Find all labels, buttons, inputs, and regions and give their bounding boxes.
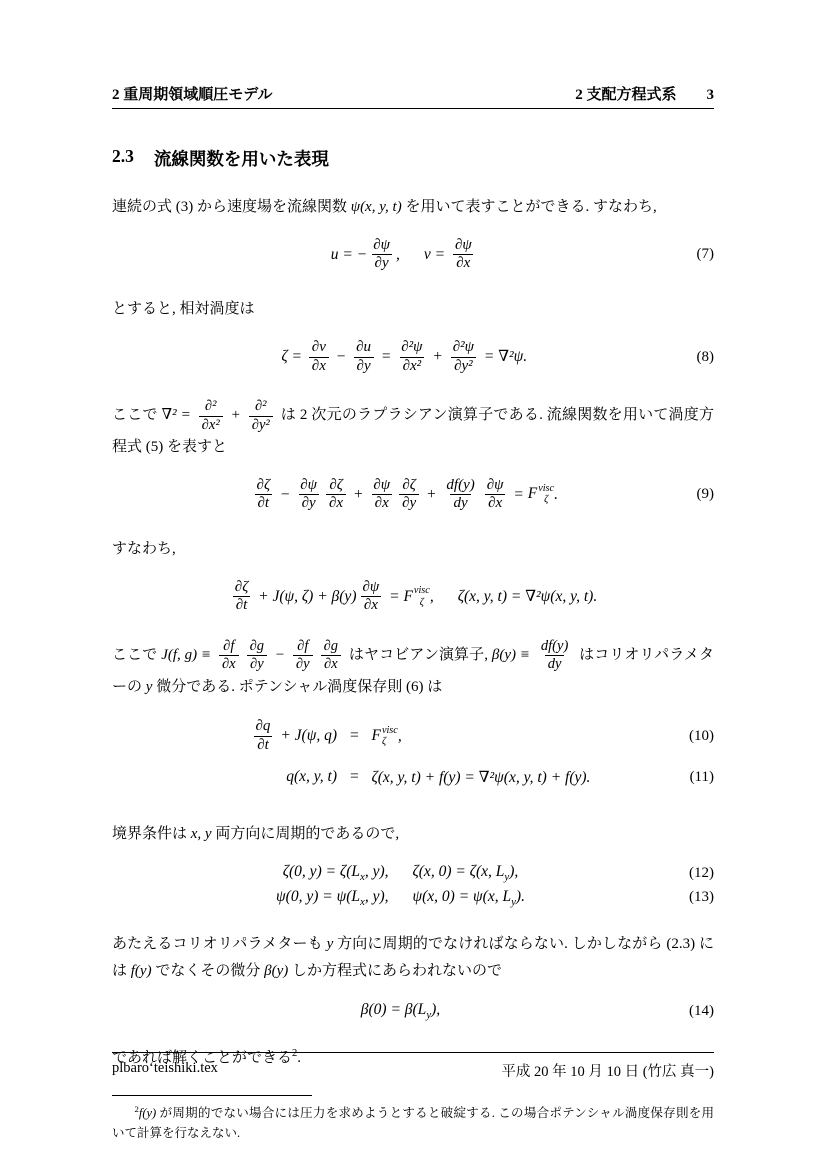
fraction-numerator: ∂ζ (326, 477, 346, 495)
fraction-denominator: dy (545, 655, 565, 673)
math-fraction: ∂²∂x² (199, 398, 223, 433)
math-supsub: Fviscζ (403, 585, 429, 608)
supsub-subscript: ζ (414, 597, 430, 608)
fraction-numerator: ∂ψ (452, 237, 475, 255)
equation-body: u = −∂ψ∂y,v = ∂ψ∂x (112, 237, 697, 273)
fraction-denominator: ∂t (233, 596, 251, 615)
text-run: ここで (112, 647, 161, 663)
math-text: = (385, 588, 403, 605)
supsub-base: F (528, 485, 537, 503)
math-text: , y), (365, 863, 389, 880)
math-text: + (227, 408, 245, 424)
math-text: ), (509, 863, 518, 880)
header-running-title: 2 重周期領域順圧モデル (112, 86, 273, 104)
fraction-numerator: df(y) (538, 638, 571, 655)
math-text: − (276, 485, 294, 502)
equation-7: u = −∂ψ∂y,v = ∂ψ∂x(7) (112, 237, 714, 273)
fraction-denominator: ∂x² (400, 357, 425, 376)
fraction-denominator: ∂y (293, 655, 313, 673)
math-text: + J(ψ, ζ) + β(y) (254, 588, 356, 605)
math-supsub: Fviscζ (371, 725, 397, 748)
fraction-denominator: ∂y² (451, 357, 476, 376)
math-text: , (396, 246, 400, 263)
fraction-numerator: ∂² (252, 398, 270, 415)
math-fraction: ∂f∂y (293, 638, 313, 673)
fraction-denominator: ∂y (372, 254, 392, 273)
math-text: + (349, 485, 367, 502)
equation-number: (9) (697, 486, 715, 503)
footer-rule (112, 1052, 714, 1053)
fraction-denominator: ∂x (326, 494, 346, 513)
math-text: β(0) = β(L (361, 1001, 427, 1018)
math-text: , (398, 727, 402, 744)
math-fraction: ∂²∂y² (249, 398, 273, 433)
math-text: ζ(0, y) = ζ(L (283, 863, 360, 880)
equation-relation: = (337, 727, 359, 745)
equation-number: (14) (689, 1003, 714, 1020)
equation-10-11: ∂q∂t + J(ψ, q)=Fviscζ,(10)q(x, y, t)=ζ(x… (112, 718, 714, 786)
fraction-numerator: ∂g (321, 638, 341, 655)
math-fraction: ∂v∂x (309, 339, 329, 375)
header-rule (112, 108, 714, 109)
math-fraction: ∂ψ∂x (484, 477, 507, 513)
supsub-stack: viscζ (382, 725, 398, 748)
fraction-denominator: dy (450, 494, 470, 513)
text-run: 連続の式 (3) から速度場を流線関数 (112, 199, 351, 215)
math-fraction: ∂²ψ∂y² (450, 339, 477, 375)
math-fraction: ∂ψ∂y (370, 237, 393, 273)
para-boundary-conditions: 境界条件は x, y 両方向に周期的であるので, (112, 821, 714, 849)
fraction-denominator: ∂y (299, 494, 319, 513)
math-fraction: ∂ζ∂t (232, 579, 252, 615)
equation-lhs: ∂q∂t + J(ψ, q) (112, 718, 337, 754)
math-supsub: Fviscζ (528, 483, 554, 506)
supsub-stack: viscζ (538, 483, 554, 506)
math-text: ζ = (281, 348, 305, 365)
fraction-denominator: ∂x (372, 494, 392, 513)
equation-rhs: Fviscζ, (359, 725, 689, 748)
math-fraction: ∂²ψ∂x² (398, 339, 425, 375)
math-fraction: ∂f∂x (219, 638, 239, 673)
math-text: − (332, 348, 350, 365)
fraction-numerator: ∂q (253, 718, 274, 736)
math-text: = ∇²ψ. (480, 348, 527, 365)
para-intro: 連続の式 (3) から速度場を流線関数 ψ(x, y, t) を用いて表すことが… (112, 194, 714, 222)
fraction-denominator: ∂t (255, 494, 273, 513)
math-text: β(y) ≡ (492, 647, 534, 663)
footer-date-author: 平成 20 年 10 月 10 日 (竹広 真一) (501, 1060, 714, 1081)
fraction-numerator: ∂ζ (254, 477, 274, 495)
fraction-numerator: ∂ζ (232, 579, 252, 597)
math-fraction: ∂g∂x (321, 638, 341, 673)
fraction-numerator: ∂ζ (399, 477, 419, 495)
math-text: , y), (365, 888, 389, 905)
page-footer: plbaro‘teishiki.tex 平成 20 年 10 月 10 日 (竹… (112, 1052, 714, 1081)
fraction-denominator: ∂x² (199, 416, 223, 434)
fraction-numerator: ∂f (294, 638, 311, 655)
text-run: あたえるコリオリパラメターも (112, 936, 327, 952)
math-text: ζ(x, 0) = ζ(x, L (413, 863, 505, 880)
fraction-denominator: ∂x (321, 655, 341, 673)
fraction-numerator: ∂ψ (370, 237, 393, 255)
document-content: 連続の式 (3) から速度場を流線関数 ψ(x, y, t) を用いて表すことが… (112, 194, 714, 1073)
math-fraction: ∂q∂t (253, 718, 274, 754)
equation-body: ∂ζ∂t + J(ψ, ζ) + β(y)∂ψ∂x = Fviscζ,ζ(x, … (112, 579, 714, 615)
equation-body: ψ(0, y) = ψ(Lx, y),ψ(x, 0) = ψ(x, Ly). (112, 888, 689, 908)
equation-number: (12) (689, 865, 714, 882)
fraction-numerator: ∂ψ (484, 477, 507, 495)
math-text: ). (516, 888, 525, 905)
equation-body: β(0) = β(Ly), (112, 1001, 689, 1021)
para-coriolis-periodic: あたえるコリオリパラメターも y 方向に周期的でなければならない. しかしながら… (112, 931, 714, 987)
fraction-numerator: ∂² (202, 398, 220, 415)
math-text: + (422, 485, 440, 502)
fraction-denominator: ∂x (361, 596, 381, 615)
text-run: が周期的でない場合には圧力を求めようとすると破綻する. この場合ポテンシャル渦度… (112, 1106, 714, 1140)
supsub-base: F (371, 727, 380, 745)
fraction-denominator: ∂y (354, 357, 374, 376)
math-text: q(x, y, t) (286, 768, 337, 785)
math-text: β(y) (264, 963, 288, 979)
text-run: しか方程式にあらわれないので (288, 963, 502, 979)
supsub-subscript: ζ (382, 736, 398, 747)
supsub-subscript: ζ (538, 494, 554, 505)
math-text: = (510, 485, 528, 502)
fraction-numerator: ∂²ψ (450, 339, 477, 357)
page-header: 2 重周期領域順圧モデル 2 支配方程式系 3 (112, 86, 714, 104)
supsub-superscript: visc (414, 585, 430, 596)
equation-number: (10) (689, 728, 714, 745)
fraction-numerator: ∂v (309, 339, 329, 357)
text-run: すなわち, (112, 541, 176, 557)
supsub-superscript: visc (538, 483, 554, 494)
fraction-numerator: ∂ψ (297, 477, 320, 495)
section-heading: 2.3 流線関数を用いた表現 (112, 146, 714, 171)
math-text: + J(ψ, q) (276, 727, 337, 744)
math-text: u = − (331, 246, 367, 263)
para-jacobian-definition: ここで J(f, g) ≡ ∂f∂x∂g∂y − ∂f∂y∂g∂x はヤコビアン… (112, 638, 714, 701)
fraction-denominator: ∂y² (249, 416, 273, 434)
fraction-numerator: df(y) (443, 477, 477, 495)
equation-9: ∂ζ∂t − ∂ψ∂y∂ζ∂x + ∂ψ∂x∂ζ∂y + df(y)dy∂ψ∂x… (112, 477, 714, 513)
footnote: 2f(y) が周期的でない場合には圧力を求めようとすると破綻する. この場合ポテ… (112, 1102, 714, 1144)
fraction-numerator: ∂²ψ (398, 339, 425, 357)
text-run: 境界条件は (112, 826, 191, 842)
fraction-numerator: ∂f (220, 638, 237, 655)
header-page-number: 3 (707, 86, 715, 104)
math-fraction: ∂ψ∂x (452, 237, 475, 273)
math-text: ψ(x, 0) = ψ(x, L (413, 888, 512, 905)
math-fraction: ∂ζ∂x (326, 477, 346, 513)
math-fraction: ∂ζ∂t (254, 477, 274, 513)
math-text: . (554, 485, 558, 502)
math-text: , (430, 588, 434, 605)
math-fraction: df(y)dy (443, 477, 477, 513)
supsub-stack: viscζ (414, 585, 430, 608)
math-text: ψ(x, y, t) (351, 199, 402, 215)
math-text: ψ(0, y) = ψ(L (276, 888, 360, 905)
section-number: 2.3 (112, 146, 134, 171)
para-laplacian: ここで ∇² = ∂²∂x² + ∂²∂y² は 2 次元のラプラシアン演算子で… (112, 398, 714, 461)
text-run: を用いて表すことができる. すなわち, (402, 199, 657, 215)
equation-vorticity-jacobian: ∂ζ∂t + J(ψ, ζ) + β(y)∂ψ∂x = Fviscζ,ζ(x, … (112, 579, 714, 615)
equation-number: (7) (697, 246, 715, 263)
supsub-base: F (403, 588, 412, 606)
fraction-numerator: ∂g (247, 638, 267, 655)
fraction-denominator: ∂y (247, 655, 267, 673)
fraction-numerator: ∂ψ (359, 579, 382, 597)
equation-body: ζ = ∂v∂x − ∂u∂y = ∂²ψ∂x² + ∂²ψ∂y² = ∇²ψ. (112, 339, 697, 375)
math-text: − (271, 647, 289, 663)
section-title: 流線関数を用いた表現 (154, 146, 329, 171)
math-fraction: df(y)dy (538, 638, 571, 673)
supsub-superscript: visc (382, 725, 398, 736)
text-run: ここで (112, 408, 162, 424)
math-text: ζ(x, y, t) + f(y) = ∇²ψ(x, y, t) + f(y). (371, 769, 590, 786)
para-sunawachi: すなわち, (112, 536, 714, 564)
equation-relation: = (337, 768, 359, 786)
text-run: でなくその微分 (152, 963, 265, 979)
para-relative-vorticity: とすると, 相対渦度は (112, 296, 714, 324)
math-text: J(f, g) ≡ (161, 647, 215, 663)
footer-filename: plbaro‘teishiki.tex (112, 1060, 218, 1081)
math-fraction: ∂g∂y (247, 638, 267, 673)
document-page: 2 重周期領域順圧モデル 2 支配方程式系 3 2.3 流線関数を用いた表現 連… (0, 0, 826, 1169)
equation-body: ∂ζ∂t − ∂ψ∂y∂ζ∂x + ∂ψ∂x∂ζ∂y + df(y)dy∂ψ∂x… (112, 477, 697, 513)
fraction-denominator: ∂x (309, 357, 329, 376)
footnote-rule (112, 1095, 312, 1096)
fraction-denominator: ∂x (219, 655, 239, 673)
math-text: f(y) (131, 963, 152, 979)
math-text: ), (431, 1001, 440, 1018)
math-fraction: ∂ψ∂y (297, 477, 320, 513)
fraction-denominator: ∂y (399, 494, 419, 513)
equation-12: ζ(0, y) = ζ(Lx, y),ζ(x, 0) = ζ(x, Ly),(1… (112, 863, 714, 883)
math-fraction: ∂ζ∂y (399, 477, 419, 513)
math-fraction: ∂ψ∂x (370, 477, 393, 513)
text-run: 両方向に周期的であるので, (212, 826, 400, 842)
math-text: v = (424, 246, 449, 263)
equation-number: (8) (697, 349, 715, 366)
equation-number: (13) (689, 889, 714, 906)
fraction-denominator: ∂t (254, 736, 272, 755)
math-text: f(y) (139, 1106, 156, 1120)
fraction-denominator: ∂x (485, 494, 505, 513)
fraction-denominator: ∂x (453, 254, 473, 273)
equation-13: ψ(0, y) = ψ(Lx, y),ψ(x, 0) = ψ(x, Ly).(1… (112, 888, 714, 908)
equation-14: β(0) = β(Ly),(14) (112, 1001, 714, 1021)
math-text: x, y (191, 826, 212, 842)
math-text: ∇² = (162, 408, 195, 424)
equation-lhs: q(x, y, t) (112, 768, 337, 786)
equation-number: (11) (689, 769, 714, 786)
header-right: 2 支配方程式系 3 (575, 86, 714, 104)
equation-rhs: ζ(x, y, t) + f(y) = ∇²ψ(x, y, t) + f(y). (359, 768, 689, 787)
fraction-numerator: ∂u (353, 339, 374, 357)
math-text: ζ(x, y, t) = ∇²ψ(x, y, t). (458, 588, 598, 605)
math-text: + (429, 348, 447, 365)
text-run: 微分である. ポテンシャル渦度保存則 (6) は (152, 679, 442, 695)
text-run: とすると, 相対渦度は (112, 301, 255, 317)
equation-8: ζ = ∂v∂x − ∂u∂y = ∂²ψ∂x² + ∂²ψ∂y² = ∇²ψ.… (112, 339, 714, 375)
text-run: はヤコビアン演算子, (345, 647, 492, 663)
math-text: = (377, 348, 395, 365)
equation-body: ζ(0, y) = ζ(Lx, y),ζ(x, 0) = ζ(x, Ly), (112, 863, 689, 883)
math-fraction: ∂ψ∂x (359, 579, 382, 615)
fraction-numerator: ∂ψ (370, 477, 393, 495)
header-section-title: 2 支配方程式系 (575, 86, 676, 104)
math-fraction: ∂u∂y (353, 339, 374, 375)
